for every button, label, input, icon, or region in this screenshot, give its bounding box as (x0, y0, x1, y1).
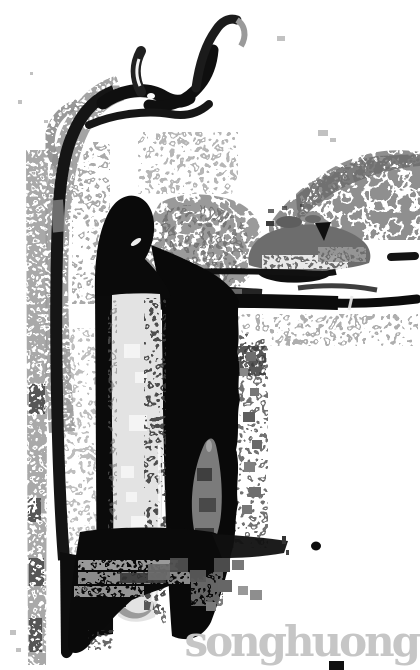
watermark-text: songhuong (184, 617, 420, 666)
bottom-speck-1 (282, 536, 286, 544)
arch-leg-gray-gap (57, 200, 59, 232)
abstract-ink-painting: songhuong (0, 0, 420, 670)
horizon-main-band-right (334, 299, 417, 303)
above-head-speckle (138, 132, 238, 194)
islet-light-patch (318, 247, 366, 262)
flame-light-tip (206, 440, 212, 452)
right-ink-dash (391, 256, 415, 257)
artwork-image: songhuong (0, 0, 420, 670)
bottom-tail-speckle (88, 630, 114, 650)
bottom-ink-dot (311, 542, 321, 551)
bottom-speck-2 (286, 550, 289, 555)
watermark-group: songhuong (184, 617, 420, 670)
islet-dark-mark (266, 221, 274, 226)
islet-bump-small (305, 215, 321, 223)
bottom-speck-column (154, 596, 166, 626)
islet-bump (276, 216, 302, 228)
branch-white-notch (147, 93, 155, 99)
watermark-black-square (329, 661, 344, 670)
